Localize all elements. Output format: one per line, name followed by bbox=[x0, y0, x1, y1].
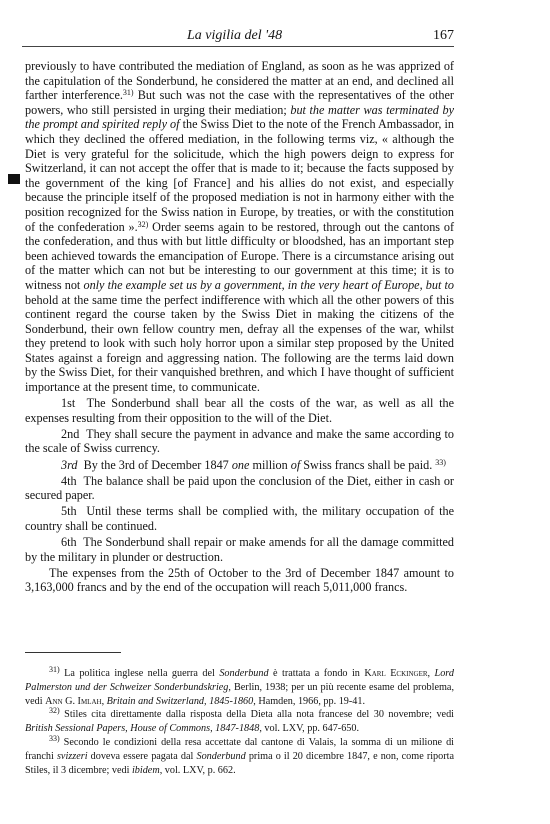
term-item-5: 5th Until these terms shall be complied … bbox=[25, 504, 454, 533]
footnote-ref-32[interactable]: 32) bbox=[138, 220, 149, 229]
footnote-rule bbox=[25, 652, 121, 653]
paragraph: previously to have contributed the media… bbox=[25, 59, 454, 395]
running-title: La vigilia del '48 bbox=[187, 28, 282, 44]
footnote-33: 33) Secondo le condizioni della resa acc… bbox=[25, 736, 454, 777]
term-item-1: 1st The Sonderbund shall bear all the co… bbox=[25, 396, 454, 425]
footnote-31: 31) La politica inglese nella guerra del… bbox=[25, 667, 454, 708]
main-text: previously to have contributed the media… bbox=[25, 59, 454, 595]
term-item-3: 3rd By the 3rd of December 1847 one mill… bbox=[25, 458, 454, 473]
margin-marker bbox=[8, 174, 20, 184]
footnote-32: 32) Stiles cita direttamente dalla rispo… bbox=[25, 708, 454, 736]
closing-paragraph: The expenses from the 25th of October to… bbox=[25, 566, 454, 595]
footnotes: 31) La politica inglese nella guerra del… bbox=[25, 667, 454, 777]
footnote-ref-31[interactable]: 31) bbox=[123, 88, 134, 97]
running-header: La vigilia del '48 167 bbox=[22, 28, 454, 47]
term-item-2: 2nd They shall secure the payment in adv… bbox=[25, 427, 454, 456]
term-item-4: 4th The balance shall be paid upon the c… bbox=[25, 474, 454, 503]
page-number: 167 bbox=[433, 28, 454, 44]
footnote-ref-33[interactable]: 33) bbox=[435, 458, 446, 467]
term-item-6: 6th The Sonderbund shall repair or make … bbox=[25, 535, 454, 564]
